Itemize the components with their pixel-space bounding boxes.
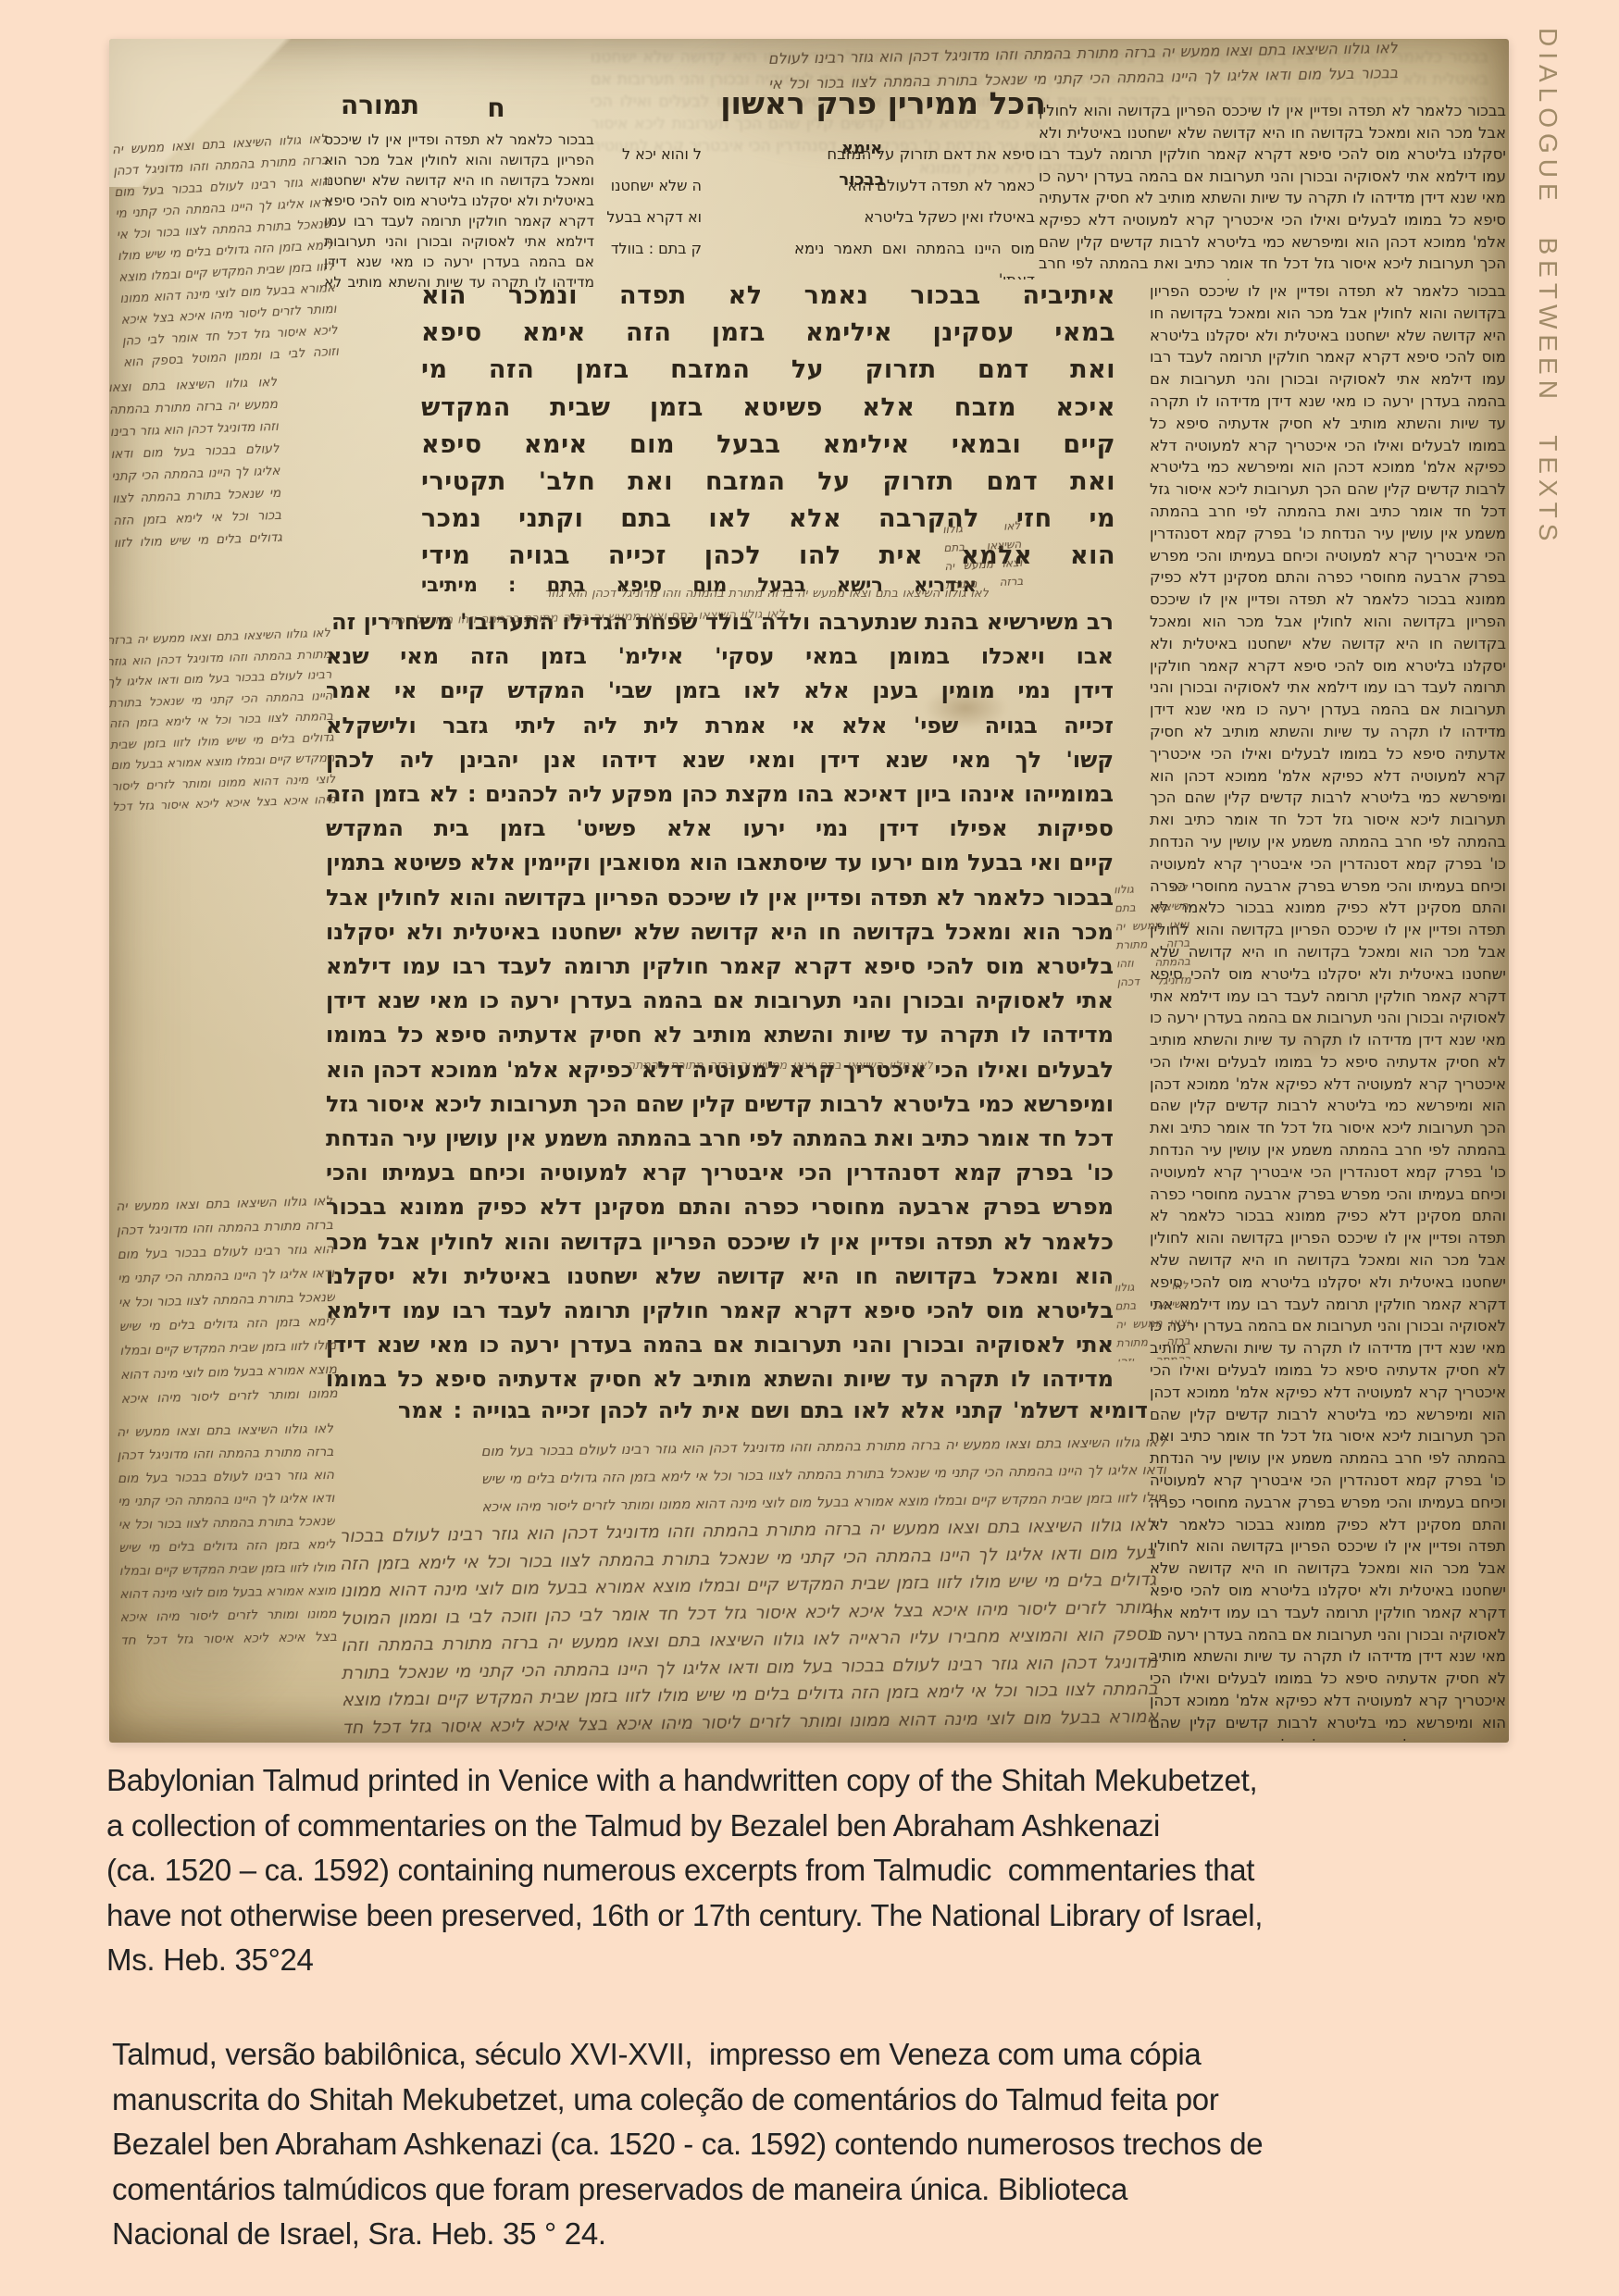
right-commentary-column: בבכור כלאמר לא תפדה ופדיין אין לו שיככס … xyxy=(1150,280,1506,1741)
marginal-gloss: לאו גולוו השיצאו בתם וצאו ממעש יה ברזה מ… xyxy=(116,1189,338,1415)
caption-line: have not otherwise been preserved, 16th … xyxy=(106,1893,1439,1939)
caption-line: Nacional de Israel, Sra. Heb. 35 ° 24. xyxy=(112,2212,1445,2257)
bottom-handwritten-block: לאו גולוו השיצאו בתם וצאו ממעש יה ברזה מ… xyxy=(339,1512,1158,1743)
gemara-wide-line: קיים ואי בבעל מום ירעו עד שיסתאבו הוא מס… xyxy=(326,846,1114,880)
caption-line: Babylonian Talmud printed in Venice with… xyxy=(106,1758,1439,1804)
gemara-wide-line: במומייהו אינהו ביון דאיכא בהו מקצת כהן מ… xyxy=(326,777,1114,812)
caption-line: manuscrita do Shitah Mekubetzet, uma col… xyxy=(112,2078,1445,2123)
running-head-chapter: הכל ממירין פרק ראשון xyxy=(720,85,1046,121)
gutter-note: לאו גולוו השיצאו בתם וצאו ממעש יה ברזה מ… xyxy=(1114,1276,1190,1362)
running-head-folio-number: ח xyxy=(478,93,515,123)
gemara-line: קיים ובמאי אילימא בבעל מום אימא סיפא xyxy=(421,427,1115,464)
middle-note-column: ל והוא יכא ל ה שלא ישחטנו וא דקרא בבעל ק… xyxy=(597,139,702,278)
gemara-wide-line: זכייה בגויה שפי' אלא אי אמרת לית ליה לית… xyxy=(326,709,1114,743)
catalog-page: DIALOGUE BETWEEN TEXTS בבכור כלאמר לא תפ… xyxy=(0,0,1619,2296)
top-note-block: סיפא את דאם תזרוק על המזבח כאמר לא תפדה … xyxy=(794,139,1035,279)
gutter-note: לאו גולוו השיצאו בתם וצאו ממעש יה ברזה מ… xyxy=(1114,878,1191,992)
gemara-line: איכא מזבח אלא פשיטא בזמן שבית המקדש xyxy=(421,390,1115,427)
gemara-line: ואת דמם תזרוק על המזבח ואת חלב' תקטירי xyxy=(421,464,1115,501)
manuscript-photo: בבכור כלאמר לא תפדה ופדיין אין לו שיככס … xyxy=(109,39,1509,1743)
gemara-wide-line: דידן נמי מומין בענן אלא לאו בזמן שבי' המ… xyxy=(326,674,1114,708)
gemara-wide-filler: בבכור כלאמר לא תפדה ופדיין אין לו שיככס … xyxy=(326,881,1114,1397)
marginal-gloss: לאו גולוו השיצאו בתם וצאו ממעש יה ברזה מ… xyxy=(109,371,282,552)
gemara-wide-line: ספיקות אפילו דידן נמי ירעו אלא פשיט' בזמ… xyxy=(326,812,1114,846)
caption-line: comentários talmúdicos que foram preserv… xyxy=(112,2167,1445,2213)
marginal-gloss: לאו גולוו השיצאו בתם וצאו ממעש יה ברזה מ… xyxy=(109,624,336,818)
caption-english: Babylonian Talmud printed in Venice with… xyxy=(106,1758,1439,1983)
gemara-wide-block: רב משירשיא בהנת שנתערבה ולדה בולד שפחת ה… xyxy=(326,605,1114,1397)
gemara-line: ואת דמם תזרוק על המזבח בזמן הזה מי xyxy=(421,352,1115,389)
gemara-wide-lines: רב משירשיא בהנת שנתערבה ולדה בולד שפחת ה… xyxy=(326,605,1114,881)
caption-line: (ca. 1520 – ca. 1592) containing numerou… xyxy=(106,1848,1439,1893)
caption-line: Bezalel ben Abraham Ashkenazi (ca. 1520 … xyxy=(112,2122,1445,2167)
caption-line: Ms. Heb. 35°24 xyxy=(106,1938,1439,1983)
gemara-wide-line: קשו' לך מאי שנא דידן ומאי שנא דידהו אנן … xyxy=(326,743,1114,777)
gemara-line: במאי עסקינן אילימא בזמן הזה אימא סיפא xyxy=(421,315,1115,352)
caption-line: Talmud, versão babilônica, século XVI-XV… xyxy=(112,2032,1445,2078)
interlinear-note: לאו גולוו השיצאו בתם וצאו ממעש יה ברזה מ… xyxy=(628,1055,933,1075)
right-commentary-column-top: בבכור כלאמר לא תפדה ופדיין אין לו שיככס … xyxy=(1039,100,1506,280)
vertical-page-title: DIALOGUE BETWEEN TEXTS xyxy=(1533,28,1563,787)
interlinear-note: לאו גולוו השיצאו בתם וצאו ממעש יה ברזה מ… xyxy=(544,583,989,605)
gemara-line: איתיביה בבכור נאמר לא תפדה ונמכר הוא xyxy=(421,278,1115,315)
marginal-gloss: לאו גולוו השיצאו בתם וצאו ממעש יה ברזה מ… xyxy=(111,129,339,376)
closing-print-line: דומיא דשלמ' קתני אלא לאו בתם ושם אית ליה… xyxy=(398,1397,1148,1433)
caption-line: a collection of commentaries on the Talm… xyxy=(106,1804,1439,1849)
left-commentary-column: בבכור כלאמר לא תפדה ופדיין אין לו שיככס … xyxy=(324,130,594,294)
marginal-gloss: לאו גולוו השיצאו בתם וצאו ממעש יה ברזה מ… xyxy=(117,1418,337,1647)
running-head-tractate: תמורה xyxy=(331,90,429,120)
handwritten-insertion: לאו גולוו השיצאו בתם וצאו ממעש יה ברזה מ… xyxy=(480,1428,1166,1522)
gemara-wide-line: אבו ויאכלו במומן במאי עסקי' אילימ' בזמן … xyxy=(326,639,1114,674)
caption-portuguese: Talmud, versão babilônica, século XVI-XV… xyxy=(112,2032,1445,2257)
gutter-note: לאו גולוו השיצאו בתם וצאו ממעש יה ברזה מ… xyxy=(942,516,1024,600)
